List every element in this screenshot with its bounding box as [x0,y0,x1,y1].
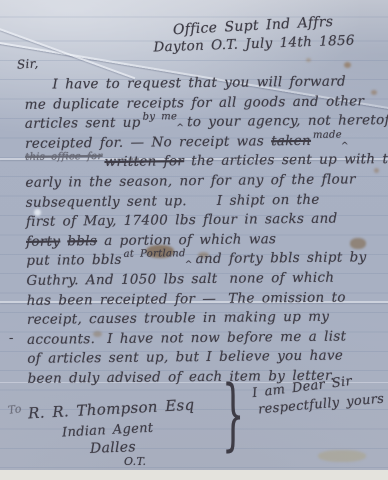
margin-dash: - [9,331,14,346]
addressee-name: R. R. Thompson Esq [28,396,195,423]
letter-body: I have to request that you will forwardm… [24,72,379,389]
body-line: first of May, 17400 lbs flour in sacks a… [26,209,378,232]
body-text: subsequently sent up. [26,193,187,211]
body-line: early in the season, nor for any of the … [25,170,377,193]
inserted-word: by me [143,111,178,122]
body-text: put into bbls [26,252,122,269]
body-text: I have to request that you will forward [52,73,346,92]
insertion-caret: ^ [341,141,349,151]
body-text: The omission to [228,289,346,306]
inserted-word: made [313,129,342,140]
body-text: a portion of which was [97,231,276,249]
struck-word: this office for [25,151,102,163]
body-text: receipt, causes trouble in making up my [27,309,330,328]
body-text: receipted for. — No receipt was [25,133,271,152]
struck-word: forty [26,233,60,249]
body-text: first of May, 17400 lbs flour in sacks a… [26,211,338,230]
body-text: Guthry. And 1050 lbs salt [26,271,217,289]
struck-word: taken [271,133,311,149]
struck-word: bbls [67,233,97,249]
insertion-caret: ^ [185,260,193,270]
letter-paper: Office Supt Ind Affrs Dayton O.T. July 1… [0,0,388,470]
addressee-place: Dalles [90,437,195,457]
address-block: R. R. Thompson Esq Indian Agent Dalles O… [28,400,195,468]
body-text: articles sent up [25,115,141,132]
addressee-territory: O.T. [124,455,195,468]
body-text: none of which [229,270,334,287]
struck-word: written for [104,154,184,171]
body-text: the articles sent up with the flour [184,151,388,170]
scan-background [0,470,388,480]
salutation: Sir, [17,56,39,71]
margin-to-mark: To [7,402,22,417]
body-text: has been receipted for — [27,290,217,308]
body-text: I have not now before me a list [107,328,346,347]
body-text: accounts. [27,331,95,348]
insertion-caret: ^ [176,123,184,133]
closing-brace: } [222,376,244,454]
body-text: to your agency, not heretofore [187,112,388,130]
body-text: and forty bbls shipt by [196,250,367,268]
inserted-word: at Portland [124,249,186,261]
body-text: me duplicate receipts for all goods and … [25,93,365,113]
body-text: I shipt on the [217,191,320,208]
body-text: of articles sent up, but I believe you h… [27,348,343,367]
body-text: early in the season, nor for any of the … [25,171,355,190]
scanned-letter: Office Supt Ind Affrs Dayton O.T. July 1… [0,0,388,480]
